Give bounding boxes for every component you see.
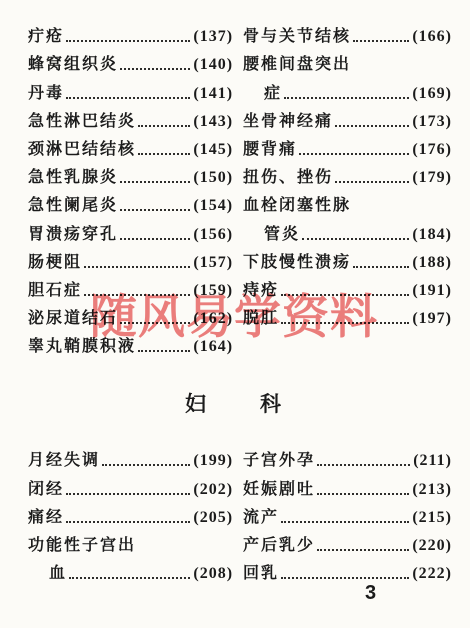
entry-title: 急性淋巴结炎	[28, 111, 136, 133]
entry-page-number: (213)	[412, 479, 452, 501]
leader-dots	[335, 125, 409, 127]
toc-row: 血(208)	[28, 557, 233, 585]
leader-dots	[299, 153, 409, 155]
entry-title: 下肢慢性溃疡	[243, 252, 351, 274]
entry-title: 闭经	[28, 479, 64, 501]
entry-title: 流产	[243, 507, 279, 529]
entry-page-number: (202)	[193, 479, 233, 501]
toc-column-left: 月经失调(199)闭经(202)痛经(205)功能性子宫出血(208)	[28, 444, 233, 585]
page-number: 3	[365, 582, 376, 605]
entry-title: 管炎	[264, 224, 300, 246]
toc-row: 妊娠剧吐(213)	[243, 472, 452, 500]
entry-title: 肠梗阻	[28, 252, 82, 274]
leader-dots	[335, 181, 409, 183]
toc-row: 丹毒(141)	[28, 76, 233, 104]
entry-page-number: (159)	[193, 280, 233, 302]
toc-row: 骨与关节结核(166)	[243, 20, 452, 48]
toc-row: 急性阑尾炎(154)	[28, 189, 233, 217]
entry-page-number: (191)	[412, 280, 452, 302]
entry-page-number: (215)	[412, 507, 452, 529]
entry-page-number: (197)	[412, 308, 452, 330]
toc-row: 坐骨神经痛(173)	[243, 105, 452, 133]
entry-title: 月经失调	[28, 450, 100, 472]
leader-dots	[120, 209, 190, 211]
entry-title: 腰椎间盘突出	[243, 54, 351, 76]
entry-page-number: (188)	[412, 252, 452, 274]
entry-title: 胃溃疡穿孔	[28, 224, 118, 246]
entry-title: 产后乳少	[243, 535, 315, 557]
toc-row: 蜂窝组织炎(140)	[28, 48, 233, 76]
toc-row: 功能性子宫出	[28, 529, 233, 557]
toc-column-left: 疔疮(137)蜂窝组织炎(140)丹毒(141)急性淋巴结炎(143)颈淋巴结结…	[28, 20, 233, 358]
entry-page-number: (162)	[193, 308, 233, 330]
toc-row: 腰背痛(176)	[243, 133, 452, 161]
section-header: 妇 科	[28, 388, 442, 418]
entry-title: 腰背痛	[243, 139, 297, 161]
entry-page-number: (143)	[193, 111, 233, 133]
entry-page-number: (222)	[412, 563, 452, 585]
entry-title: 蜂窝组织炎	[28, 54, 118, 76]
leader-dots	[84, 266, 190, 268]
toc-row: 腰椎间盘突出	[243, 48, 452, 76]
leader-dots	[317, 464, 410, 466]
leader-dots	[281, 294, 409, 296]
table-of-contents: 疔疮(137)蜂窝组织炎(140)丹毒(141)急性淋巴结炎(143)颈淋巴结结…	[28, 20, 452, 585]
leader-dots	[120, 238, 190, 240]
entry-page-number: (220)	[412, 535, 452, 557]
leader-dots	[84, 294, 190, 296]
leader-dots	[66, 97, 190, 99]
entry-page-number: (208)	[193, 563, 233, 585]
toc-row: 子宫外孕(211)	[243, 444, 452, 472]
entry-title: 血	[49, 563, 67, 585]
entry-page-number: (205)	[193, 507, 233, 529]
entry-page-number: (211)	[413, 450, 452, 472]
leader-dots	[66, 40, 190, 42]
toc-row: 痛经(205)	[28, 501, 233, 529]
entry-title: 脱肛	[243, 308, 279, 330]
toc-row: 急性淋巴结炎(143)	[28, 105, 233, 133]
leader-dots	[120, 68, 190, 70]
leader-dots	[138, 153, 190, 155]
entry-title: 睾丸鞘膜积液	[28, 336, 136, 358]
entry-title: 症	[264, 83, 282, 105]
toc-row: 颈淋巴结结核(145)	[28, 133, 233, 161]
leader-dots	[102, 464, 190, 466]
entry-page-number: (169)	[412, 83, 452, 105]
entry-page-number: (173)	[412, 111, 452, 133]
toc-row: 急性乳腺炎(150)	[28, 161, 233, 189]
entry-title: 血栓闭塞性脉	[243, 195, 351, 217]
entry-page-number: (157)	[193, 252, 233, 274]
toc-row: 症(169)	[243, 76, 452, 104]
scanned-book-page: 疔疮(137)蜂窝组织炎(140)丹毒(141)急性淋巴结炎(143)颈淋巴结结…	[0, 0, 470, 628]
entry-title: 泌尿道结石	[28, 308, 118, 330]
toc-row: 管炎(184)	[243, 217, 452, 245]
entry-title: 胆石症	[28, 280, 82, 302]
leader-dots	[353, 266, 409, 268]
entry-page-number: (166)	[412, 26, 452, 48]
entry-page-number: (150)	[193, 167, 233, 189]
toc-column-right: 子宫外孕(211)妊娠剧吐(213)流产(215)产后乳少(220)回乳(222…	[243, 444, 452, 585]
entry-page-number: (154)	[193, 195, 233, 217]
entry-page-number: (184)	[412, 224, 452, 246]
toc-row: 月经失调(199)	[28, 444, 233, 472]
leader-dots	[138, 350, 190, 352]
entry-page-number: (199)	[193, 450, 233, 472]
toc-row: 血栓闭塞性脉	[243, 189, 452, 217]
leader-dots	[284, 97, 409, 99]
toc-column-right: 骨与关节结核(166)腰椎间盘突出症(169)坐骨神经痛(173)腰背痛(176…	[243, 20, 452, 358]
entry-page-number: (141)	[193, 83, 233, 105]
toc-row: 睾丸鞘膜积液(164)	[28, 330, 233, 358]
leader-dots	[120, 322, 190, 324]
toc-row: 泌尿道结石(162)	[28, 302, 233, 330]
entry-title: 痔疮	[243, 280, 279, 302]
toc-row: 疔疮(137)	[28, 20, 233, 48]
entry-page-number: (176)	[412, 139, 452, 161]
toc-row: 产后乳少(220)	[243, 529, 452, 557]
leader-dots	[302, 238, 409, 240]
entry-title: 坐骨神经痛	[243, 111, 333, 133]
entry-title: 痛经	[28, 507, 64, 529]
entry-title: 子宫外孕	[243, 450, 315, 472]
entry-page-number: (156)	[193, 224, 233, 246]
leader-dots	[69, 577, 190, 579]
toc-row: 胆石症(159)	[28, 274, 233, 302]
toc-row: 下肢慢性溃疡(188)	[243, 246, 452, 274]
toc-row: 肠梗阻(157)	[28, 246, 233, 274]
leader-dots	[281, 521, 409, 523]
entry-title: 疔疮	[28, 26, 64, 48]
toc-row: 痔疮(191)	[243, 274, 452, 302]
toc-section: 妇 科月经失调(199)闭经(202)痛经(205)功能性子宫出血(208)子宫…	[28, 388, 452, 585]
leader-dots	[138, 125, 190, 127]
leader-dots	[66, 493, 190, 495]
leader-dots	[281, 577, 409, 579]
entry-title: 功能性子宫出	[28, 535, 136, 557]
toc-row: 闭经(202)	[28, 472, 233, 500]
toc-row: 流产(215)	[243, 501, 452, 529]
leader-dots	[317, 493, 409, 495]
entry-title: 扭伤、挫伤	[243, 167, 333, 189]
leader-dots	[353, 40, 409, 42]
entry-page-number: (137)	[193, 26, 233, 48]
entry-page-number: (145)	[193, 139, 233, 161]
entry-page-number: (164)	[193, 336, 233, 358]
leader-dots	[120, 181, 190, 183]
entry-title: 丹毒	[28, 83, 64, 105]
leader-dots	[66, 521, 190, 523]
toc-row: 脱肛(197)	[243, 302, 452, 330]
toc-row: 胃溃疡穿孔(156)	[28, 217, 233, 245]
entry-title: 妊娠剧吐	[243, 479, 315, 501]
entry-title: 骨与关节结核	[243, 26, 351, 48]
toc-row: 扭伤、挫伤(179)	[243, 161, 452, 189]
entry-title: 颈淋巴结结核	[28, 139, 136, 161]
entry-title: 急性阑尾炎	[28, 195, 118, 217]
entry-page-number: (179)	[412, 167, 452, 189]
entry-page-number: (140)	[193, 54, 233, 76]
toc-section: 疔疮(137)蜂窝组织炎(140)丹毒(141)急性淋巴结炎(143)颈淋巴结结…	[28, 20, 452, 358]
entry-title: 回乳	[243, 563, 279, 585]
entry-title: 急性乳腺炎	[28, 167, 118, 189]
leader-dots	[317, 549, 409, 551]
leader-dots	[281, 322, 409, 324]
toc-row: 回乳(222)	[243, 557, 452, 585]
